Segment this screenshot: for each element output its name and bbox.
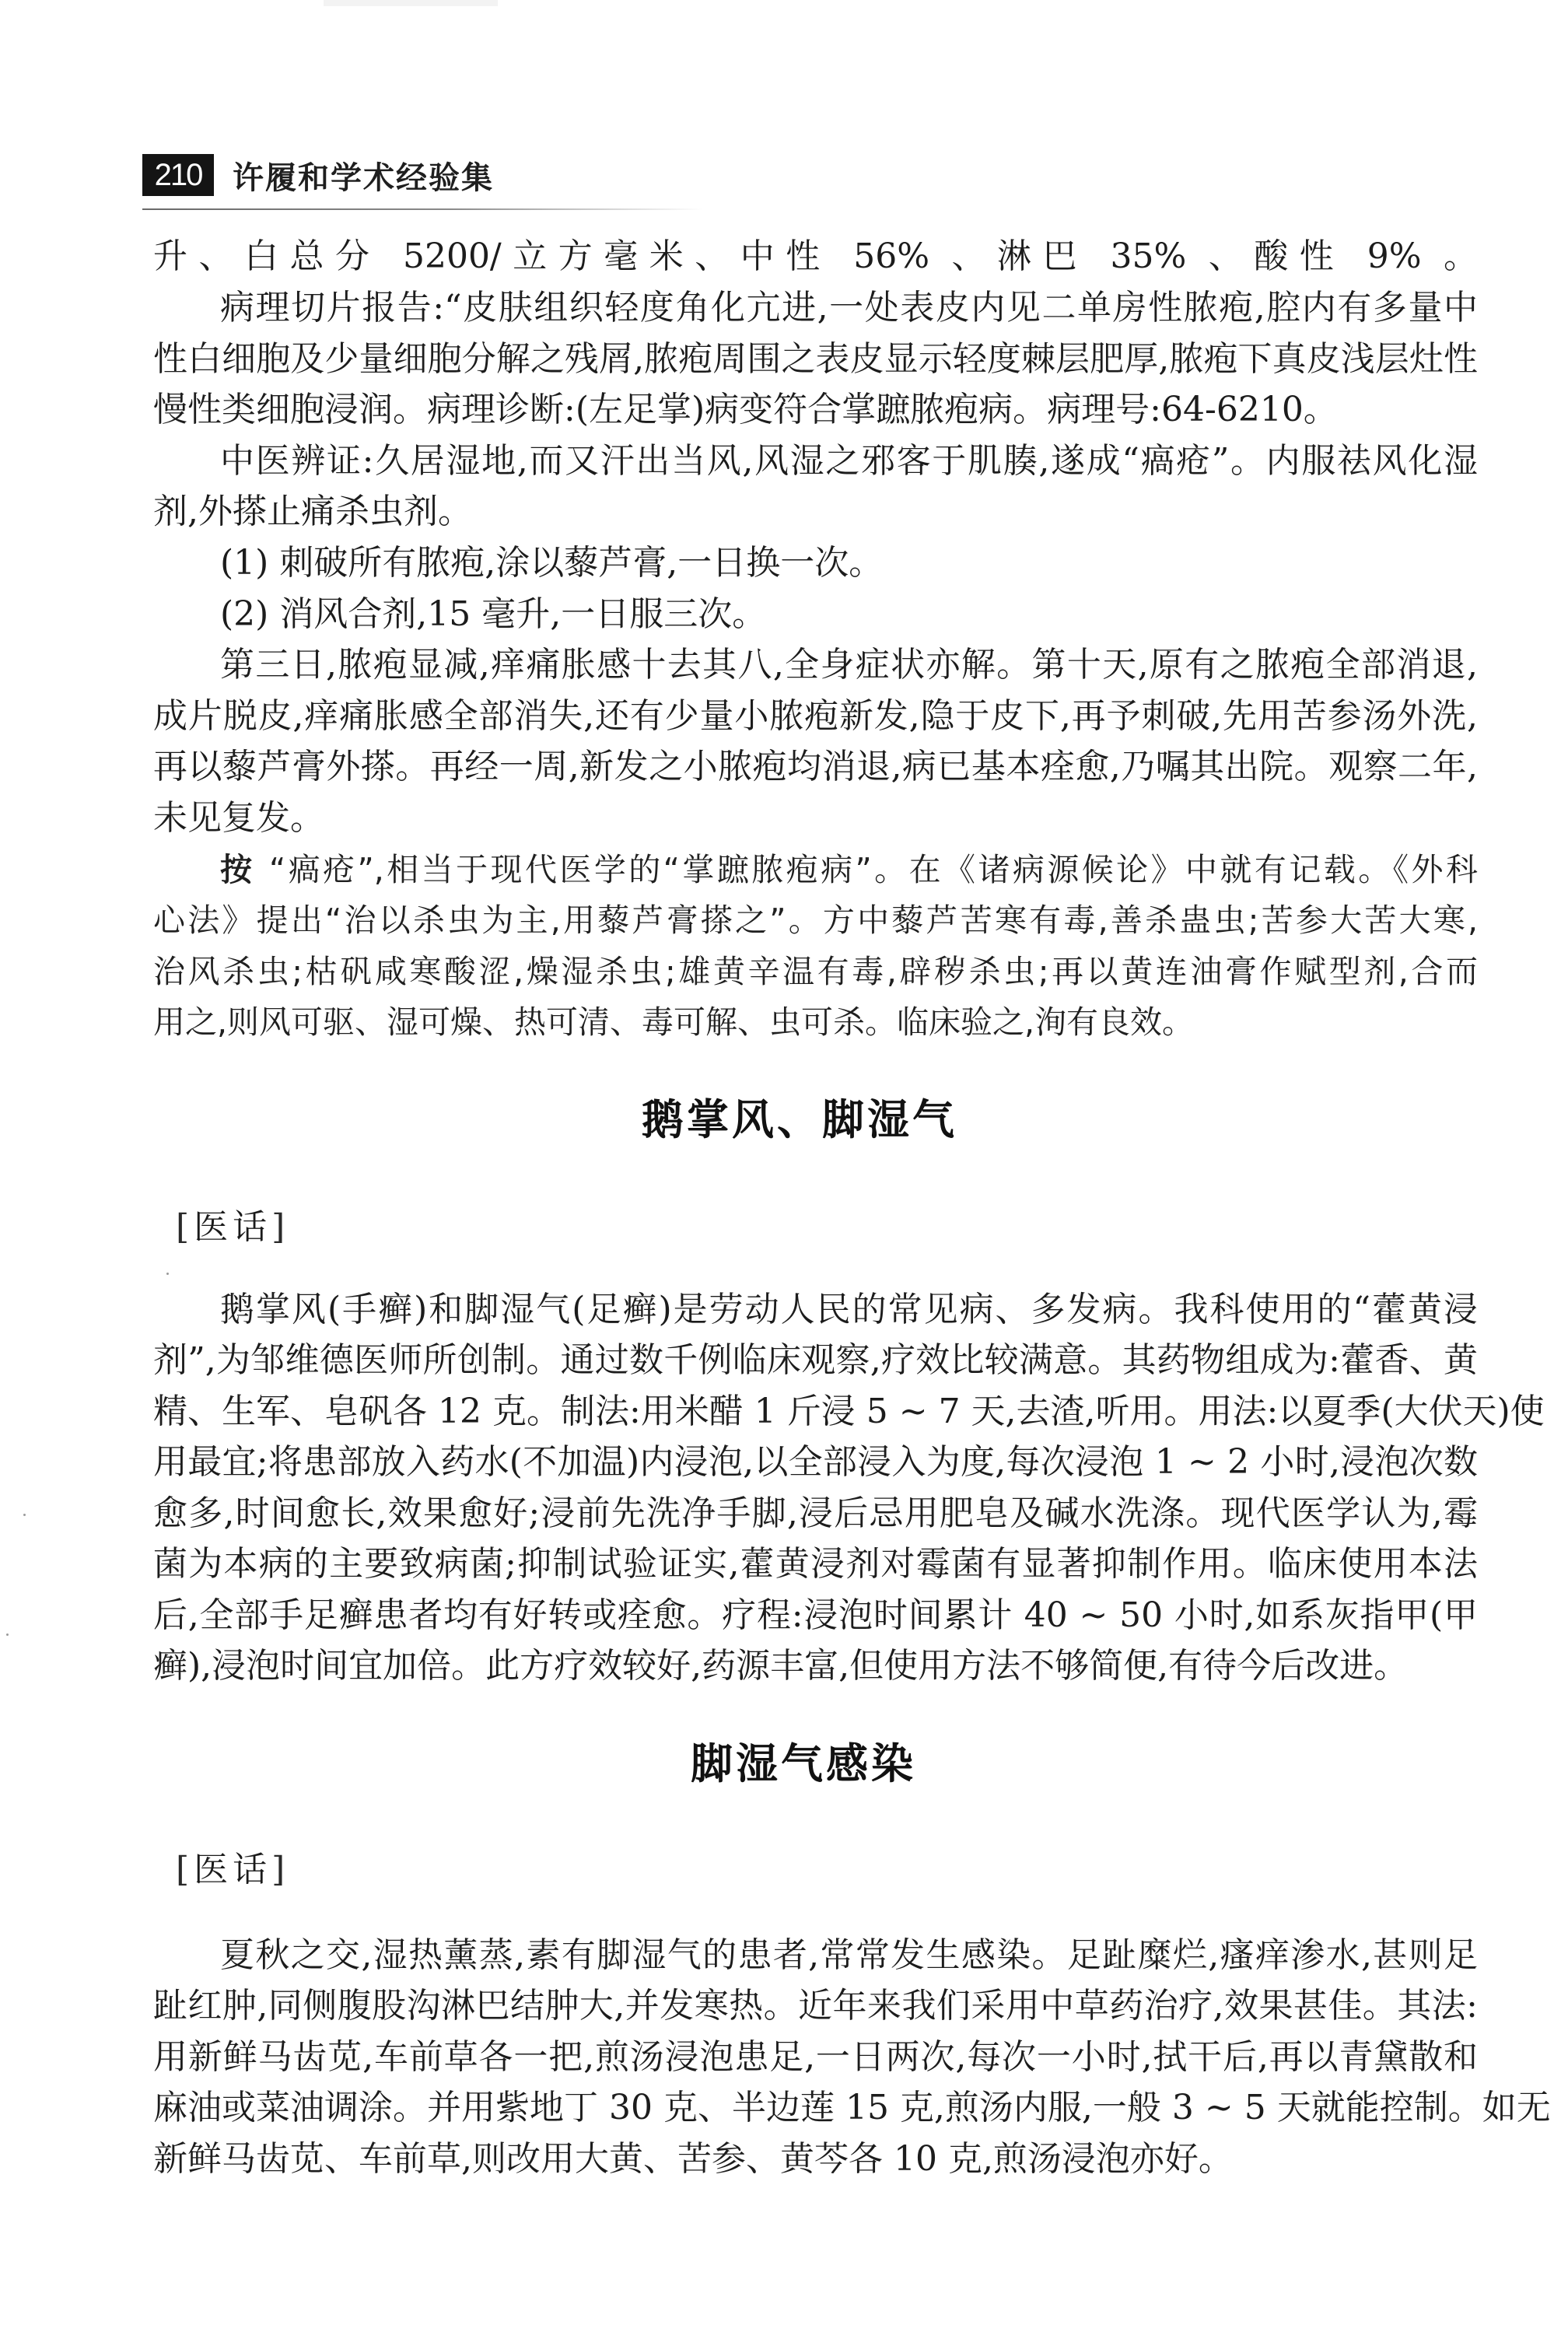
text-line: 菌为本病的主要致病菌;抑制试验证实,藿黄浸剂对霉菌有显著抑制作用。临床使用本法 — [153, 1541, 1478, 1588]
text-line: 趾红肿,同侧腹股沟淋巴结肿大,并发寒热。近年来我们采用中草药治疗,效果甚佳。其法… — [153, 1983, 1478, 2029]
text-line: 用之,则风可驱、湿可燥、热可清、毒可解、虫可杀。临床验之,洵有良效。 — [153, 999, 1478, 1045]
bracket-close: ] — [271, 1850, 289, 1889]
text-line: 升、白总分 5200/立方毫米、中性 56% 、淋巴 35% 、酸性 9% 。 — [153, 233, 1478, 280]
subheading-yihua: [医话] — [176, 1845, 289, 1895]
subheading-yihua: [医话] — [176, 1203, 289, 1252]
text-line: 未见复发。 — [153, 795, 1478, 842]
text-line: 再以藜芦膏外搽。再经一周,新发之小脓疱均消退,病已基本痊愈,乃嘱其出院。观察二年… — [153, 744, 1478, 790]
text-line: 心法》提出“治以杀虫为主,用藜芦膏搽之”。方中藜芦苦寒有毒,善杀蛊虫;苦参大苦大… — [153, 897, 1478, 944]
subheading-text: 医话 — [194, 1850, 271, 1889]
section-heading: 鹅掌风、脚湿气 — [0, 1095, 1568, 1145]
header-rule — [142, 208, 702, 210]
text-line: 后,全部手足癣患者均有好转或痊愈。疗程:浸泡时间累计 40 ~ 50 小时,如系… — [153, 1592, 1478, 1639]
running-head: 210 许履和学术经验集 — [142, 154, 494, 196]
page-number: 210 — [142, 154, 214, 196]
text-line: “瘑疮”,相当于现代医学的“掌蹠脓疱病”。在《诸病源候论》中就有记载。《外科 — [269, 846, 1478, 893]
scan-artifact-bar — [324, 0, 498, 6]
scan-speck — [6, 1633, 9, 1636]
text-line: 治风杀虫;枯矾咸寒酸涩,燥湿杀虫;雄黄辛温有毒,辟秽杀虫;再以黄连油膏作赋型剂,… — [153, 948, 1478, 995]
list-item: (2) 消风合剂,15 毫升,一日服三次。 — [220, 591, 1478, 638]
text-line: 第三日,脓疱显减,痒痛胀感十去其八,全身症状亦解。第十天,原有之脓疱全部消退, — [220, 642, 1478, 688]
subheading-text: 医话 — [194, 1207, 271, 1247]
book-title: 许履和学术经验集 — [233, 153, 494, 198]
bracket-open: [ — [176, 1207, 194, 1247]
text-line: 剂”,为邹维德医师所创制。通过数千例临床观察,疗效比较满意。其药物组成为:藿香、… — [153, 1337, 1478, 1384]
text-line: 中医辨证:久居湿地,而又汗出当风,风湿之邪客于肌腠,遂成“瘑疮”。内服祛风化湿 — [220, 438, 1478, 485]
text-line: 麻油或菜油调涂。并用紫地丁 30 克、半边莲 15 克,煎汤内服,一般 3 ~ … — [153, 2085, 1478, 2131]
text-line: 精、生军、皂矾各 12 克。制法:用米醋 1 斤浸 5 ~ 7 天,去渣,听用。… — [153, 1388, 1478, 1435]
text-line: 新鲜马齿苋、车前草,则改用大黄、苦参、黄芩各 10 克,煎汤浸泡亦好。 — [153, 2136, 1478, 2183]
bracket-open: [ — [176, 1850, 194, 1889]
text-line: 性白细胞及少量细胞分解之残屑,脓疱周围之表皮显示轻度棘层肥厚,脓疱下真皮浅层灶性 — [153, 336, 1478, 383]
text-line: 成片脱皮,痒痛胀感全部消失,还有少量小脓疱新发,隐于皮下,再予刺破,先用苦参汤外… — [153, 693, 1478, 740]
list-item: (1) 刺破所有脓疱,涂以藜芦膏,一日换一次。 — [220, 540, 1478, 587]
bracket-close: ] — [271, 1207, 289, 1247]
text-line: 愈多,时间愈长,效果愈好;浸前先洗净手脚,浸后忌用肥皂及碱水洗涤。现代医学认为,… — [153, 1490, 1478, 1537]
commentary-label: 按 — [220, 846, 252, 893]
text-line: 慢性类细胞浸润。病理诊断:(左足掌)病变符合掌蹠脓疱病。病理号:64-6210。 — [153, 387, 1478, 433]
text-line: 癣),浸泡时间宜加倍。此方疗效较好,药源丰富,但使用方法不够简便,有待今后改进。 — [153, 1643, 1478, 1689]
text-line: 剂,外搽止痛杀虫剂。 — [153, 488, 1478, 535]
text-line: 用新鲜马齿苋,车前草各一把,煎汤浸泡患足,一日两次,每次一小时,拭干后,再以青黛… — [153, 2034, 1478, 2081]
scan-speck — [23, 1514, 26, 1516]
text-line: 夏秋之交,湿热薰蒸,素有脚湿气的患者,常常发生感染。足趾糜烂,瘙痒渗水,甚则足 — [220, 1932, 1478, 1979]
scan-speck — [166, 1273, 169, 1275]
section-heading: 脚湿气感染 — [0, 1739, 1568, 1789]
text-line: 鹅掌风(手癣)和脚湿气(足癣)是劳动人民的常见病、多发病。我科使用的“藿黄浸 — [220, 1287, 1478, 1333]
commentary-first-line: 按 “瘑疮”,相当于现代医学的“掌蹠脓疱病”。在《诸病源候论》中就有记载。《外科 — [220, 846, 1478, 893]
text-line: 病理切片报告:“皮肤组织轻度角化亢进,一处表皮内见二单房性脓疱,腔内有多量中 — [220, 285, 1478, 331]
text-line: 用最宜;将患部放入药水(不加温)内浸泡,以全部浸入为度,每次浸泡 1 ~ 2 小… — [153, 1439, 1478, 1486]
